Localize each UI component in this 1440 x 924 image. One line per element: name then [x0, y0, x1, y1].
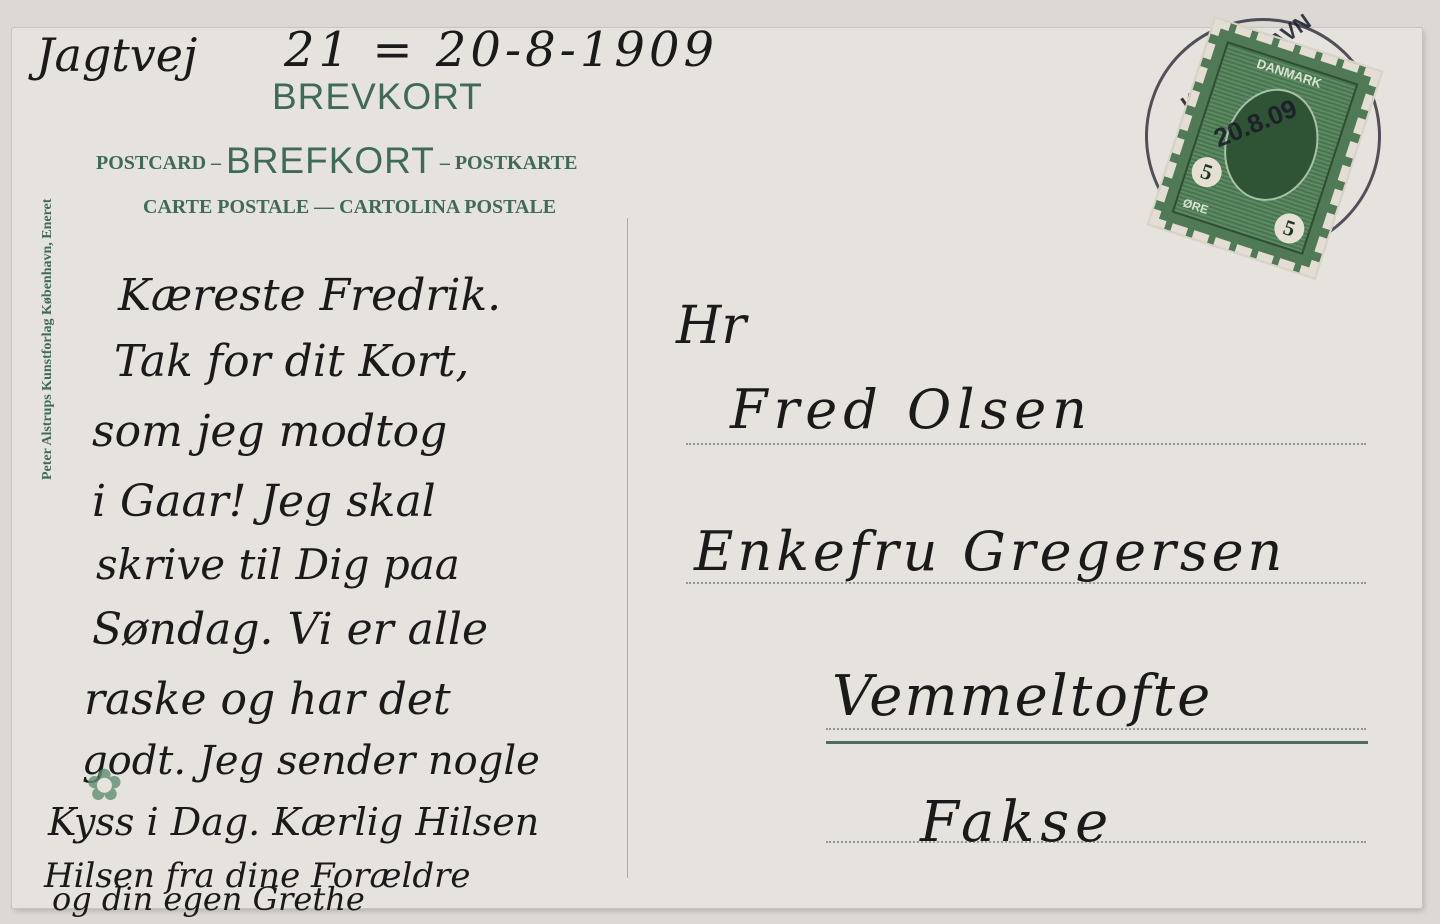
message-line: Søndag. Vi er alle	[92, 604, 488, 655]
stamp-denomination: ØRE	[1181, 196, 1210, 217]
address-salutation: Hr	[676, 296, 746, 356]
address-underline-solid	[826, 741, 1368, 744]
message-line: godt. Jeg sender nogle	[82, 738, 540, 784]
label-brefkort: BREFKORT	[226, 140, 435, 181]
label-postkarte: – POSTKARTE	[440, 152, 578, 174]
message-line: Kyss i Dag. Kærlig Hilsen	[48, 800, 539, 844]
message-line: i Gaar! Jeg skal	[92, 476, 436, 527]
message-line: som jeg modtog	[92, 406, 447, 457]
stamp-value-left: 5	[1188, 153, 1226, 191]
message-line: skrive til Dig paa	[96, 540, 460, 589]
printed-multilingual-line: POSTCARD – BREFKORT – POSTKARTE	[96, 140, 577, 182]
printed-title-brevkort: BREVKORT	[272, 76, 483, 118]
label-postcard: POSTCARD –	[96, 152, 221, 174]
center-divider	[627, 218, 628, 878]
message-line: Kæreste Fredrik.	[118, 270, 501, 321]
stamp-frame: DANMARK 5 5 ØRE	[1172, 41, 1359, 255]
address-line-1	[686, 443, 1366, 445]
message-line: Tak for dit Kort,	[114, 336, 469, 387]
address-name: Fred Olsen	[730, 378, 1093, 441]
address-care-of: Enkefru Gregersen	[694, 520, 1286, 583]
handwritten-place: Jagtvej	[36, 28, 197, 82]
address-postal-district: Fakse	[920, 790, 1114, 855]
printed-subtitle: CARTE POSTALE — CARTOLINA POSTALE	[143, 196, 556, 219]
message-line: og din egen Grethe	[52, 880, 365, 918]
handwritten-date: 21 = 20-8-1909	[284, 22, 718, 78]
publisher-imprint: Peter Alstrups Kunstforlag København, En…	[40, 199, 56, 480]
address-town: Vemmeltofte	[832, 664, 1212, 729]
stamp-value-right: 5	[1270, 210, 1308, 248]
message-line: raske og har det	[84, 674, 451, 725]
